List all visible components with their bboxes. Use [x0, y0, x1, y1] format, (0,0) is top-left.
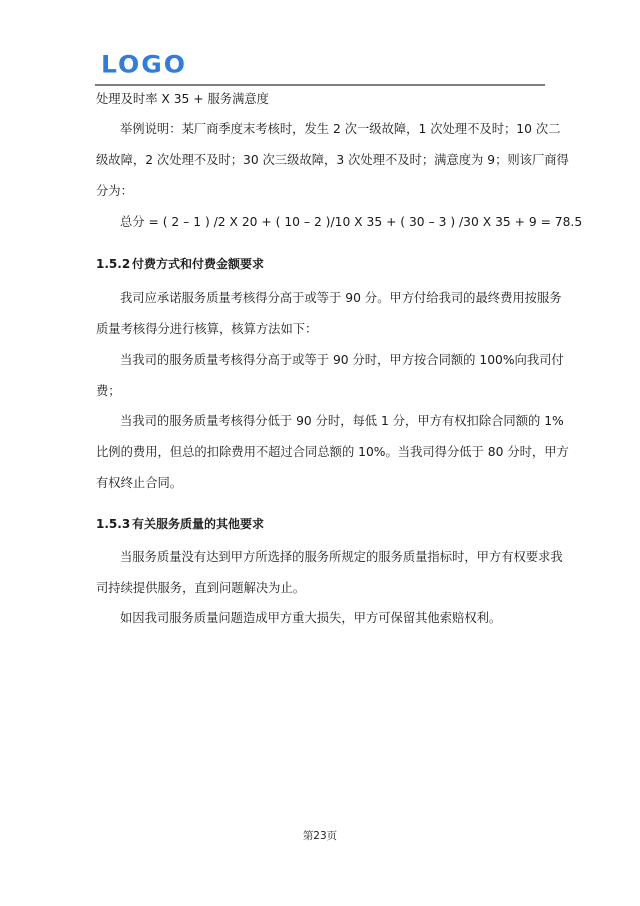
paragraph-line: 有权终止合同。: [96, 475, 182, 491]
document-page: LOGO 处理及时率 X 35 + 服务满意度 举例说明：某厂商季度末考核时，发…: [0, 0, 640, 906]
paragraph-line: 我司应承诺服务质量考核得分高于或等于 90 分。甲方付给我司的最终费用按服务: [120, 290, 562, 306]
paragraph-line: 比例的费用，但总的扣除费用不超过合同总额的 10%。当我司得分低于 80 分时，…: [96, 444, 569, 460]
section-number: 1.5.2: [96, 256, 132, 272]
section-heading-1-5-2: 1.5.2付费方式和付费金额要求: [96, 256, 264, 272]
total-score-formula: 总分 = ( 2 – 1 ) /2 X 20 + ( 10 – 2 )/10 X…: [120, 214, 582, 230]
section-number: 1.5.3: [96, 516, 132, 532]
paragraph-line: 当服务质量没有达到甲方所选择的服务所规定的服务质量指标时，甲方有权要求我: [120, 549, 563, 565]
paragraph-line: 当我司的服务质量考核得分高于或等于 90 分时，甲方按合同额的 100%向我司付: [120, 352, 564, 368]
section-title: 付费方式和付费金额要求: [132, 257, 264, 271]
paragraph-line: 司持续提供服务，直到问题解决为止。: [96, 580, 305, 596]
example-text-line-3: 分为：: [96, 183, 133, 199]
section-heading-1-5-3: 1.5.3有关服务质量的其他要求: [96, 516, 264, 532]
company-logo: LOGO: [101, 52, 187, 79]
header-divider: [95, 84, 545, 86]
page-number: 第23页: [0, 828, 640, 843]
section-title: 有关服务质量的其他要求: [132, 517, 264, 531]
paragraph-line: 当我司的服务质量考核得分低于 90 分时，每低 1 分，甲方有权扣除合同额的 1…: [120, 413, 564, 429]
example-text-line-1: 举例说明：某厂商季度末考核时，发生 2 次一级故障，1 次处理不及时；10 次二: [120, 121, 560, 137]
formula-continuation: 处理及时率 X 35 + 服务满意度: [96, 91, 269, 107]
paragraph-line: 质量考核得分进行核算，核算方法如下：: [96, 321, 317, 337]
example-text-line-2: 级故障，2 次处理不及时；30 次三级故障，3 次处理不及时；满意度为 9；则该…: [96, 152, 569, 168]
paragraph-line: 如因我司服务质量问题造成甲方重大损失，甲方可保留其他索赔权利。: [120, 610, 501, 626]
paragraph-line: 费；: [96, 383, 121, 399]
